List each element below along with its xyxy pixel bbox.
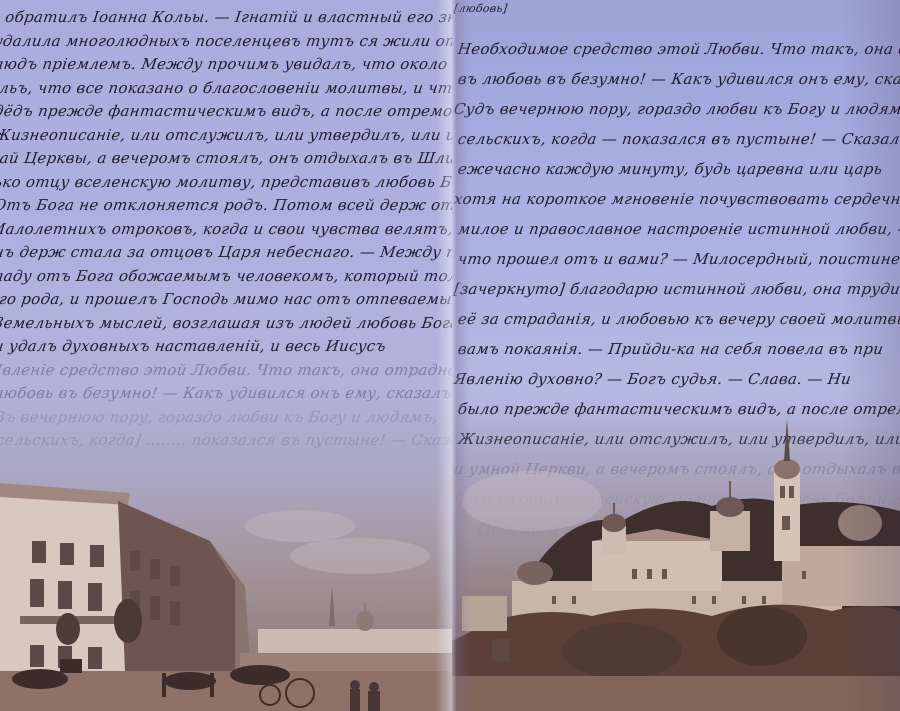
handwriting-line: [зачеркнуто] благодарю истинной любви, о… (453, 280, 900, 298)
handwriting-line: Земельныхъ мыслей, возглашая изъ людей л… (0, 314, 452, 332)
handwriting-line: Необходимое средство этой Любви. Что так… (457, 40, 900, 58)
handwriting-line: ежечасно каждую минуту, будь царевна или… (457, 160, 884, 178)
handwriting-line: ольъ, что все показано о благословенiи м… (0, 79, 452, 97)
monastery-illustration (452, 411, 900, 711)
handwriting-line: Явленію духовно? — Богъ судья. — Слава. … (453, 370, 853, 388)
handwriting-line: ько отцу вселенскую молитву, представивъ… (0, 173, 452, 191)
book-spread: ъ обратилъ Іоанна Кольы. — Ігнатій и вла… (0, 0, 900, 711)
handwriting-line: милое и православное настроеніе истинной… (457, 220, 900, 238)
handwriting-line: и удалъ духовныхъ наставленій, и весь Ии… (0, 337, 387, 355)
page-edge-shadow (840, 0, 900, 711)
handwriting-line: Судъ вечернюю пору, гораздо любви къ Бог… (453, 100, 900, 118)
handwriting-line: вамъ покаянія. — Прийди-ка на себя повел… (457, 340, 885, 358)
handwriting-line: [сельскихъ, когда] ........ показался въ… (0, 431, 452, 449)
handwriting-line: ладу отъ Бога обожаемымъ человекомъ, кот… (0, 267, 452, 285)
handwriting-line: дёдъ прежде фантастическимъ видъ, а посл… (0, 102, 452, 120)
handwriting-line: ъ обратилъ Іоанна Кольы. — Ігнатій и вла… (0, 8, 452, 26)
handwriting-line: хотя на короткое мгновеніе почувствовать… (453, 190, 900, 208)
handwriting-line: что прошел отъ и вами? — Милосердный, по… (457, 250, 900, 268)
book-spine (436, 0, 470, 711)
handwriting-line: любовь въ безумно! — Какъ удивился онъ е… (0, 384, 452, 402)
handwriting-line: Малолетнихъ отроковъ, когда и свои чувст… (0, 220, 452, 238)
right-page: [любовь]Необходимое средство этой Любви.… (452, 0, 900, 711)
handwriting-line: сельскихъ, когда — показался въ пустыне!… (457, 130, 900, 148)
handwriting-line: Отъ Бога не отклоняется родъ. Потом всей… (0, 196, 452, 214)
handwriting-line: людъ пріемлемъ. Между прочимъ увидалъ, ч… (0, 55, 452, 73)
handwriting-line: Жизнеописаніе, или отслужилъ, или утверд… (0, 126, 452, 144)
handwriting-line: въ любовь въ безумно! — Какъ удивился он… (457, 70, 900, 88)
handwriting-line: удалила многолюдныхъ поселенцевъ тутъ ся… (0, 32, 452, 50)
street-scene-illustration (0, 461, 452, 711)
handwriting-line: Явленіе средство этой Любви. Что такъ, о… (0, 361, 452, 379)
handwriting-line: её за страданія, и любовью къ вечеру сво… (457, 310, 900, 328)
handwriting-line: Въ вечернюю пору, гораздо любви къ Богу … (0, 408, 439, 426)
handwriting-line: лай Церквы, а вечеромъ стоялъ, онъ отдых… (0, 149, 452, 167)
handwriting-line: нъ держ стала за отцовъ Царя небеснаго. … (0, 243, 452, 261)
left-page: ъ обратилъ Іоанна Кольы. — Ігнатій и вла… (0, 0, 452, 711)
handwriting-line: его рода, и прошелъ Господь мимо нас отъ… (0, 290, 452, 308)
